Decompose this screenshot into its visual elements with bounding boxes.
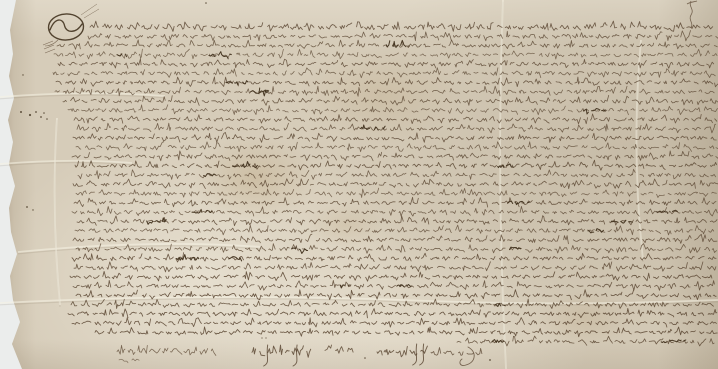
manuscript-photograph: Photograph of a medieval parchment chart…	[0, 0, 718, 369]
parchment-sheet	[0, 0, 718, 369]
